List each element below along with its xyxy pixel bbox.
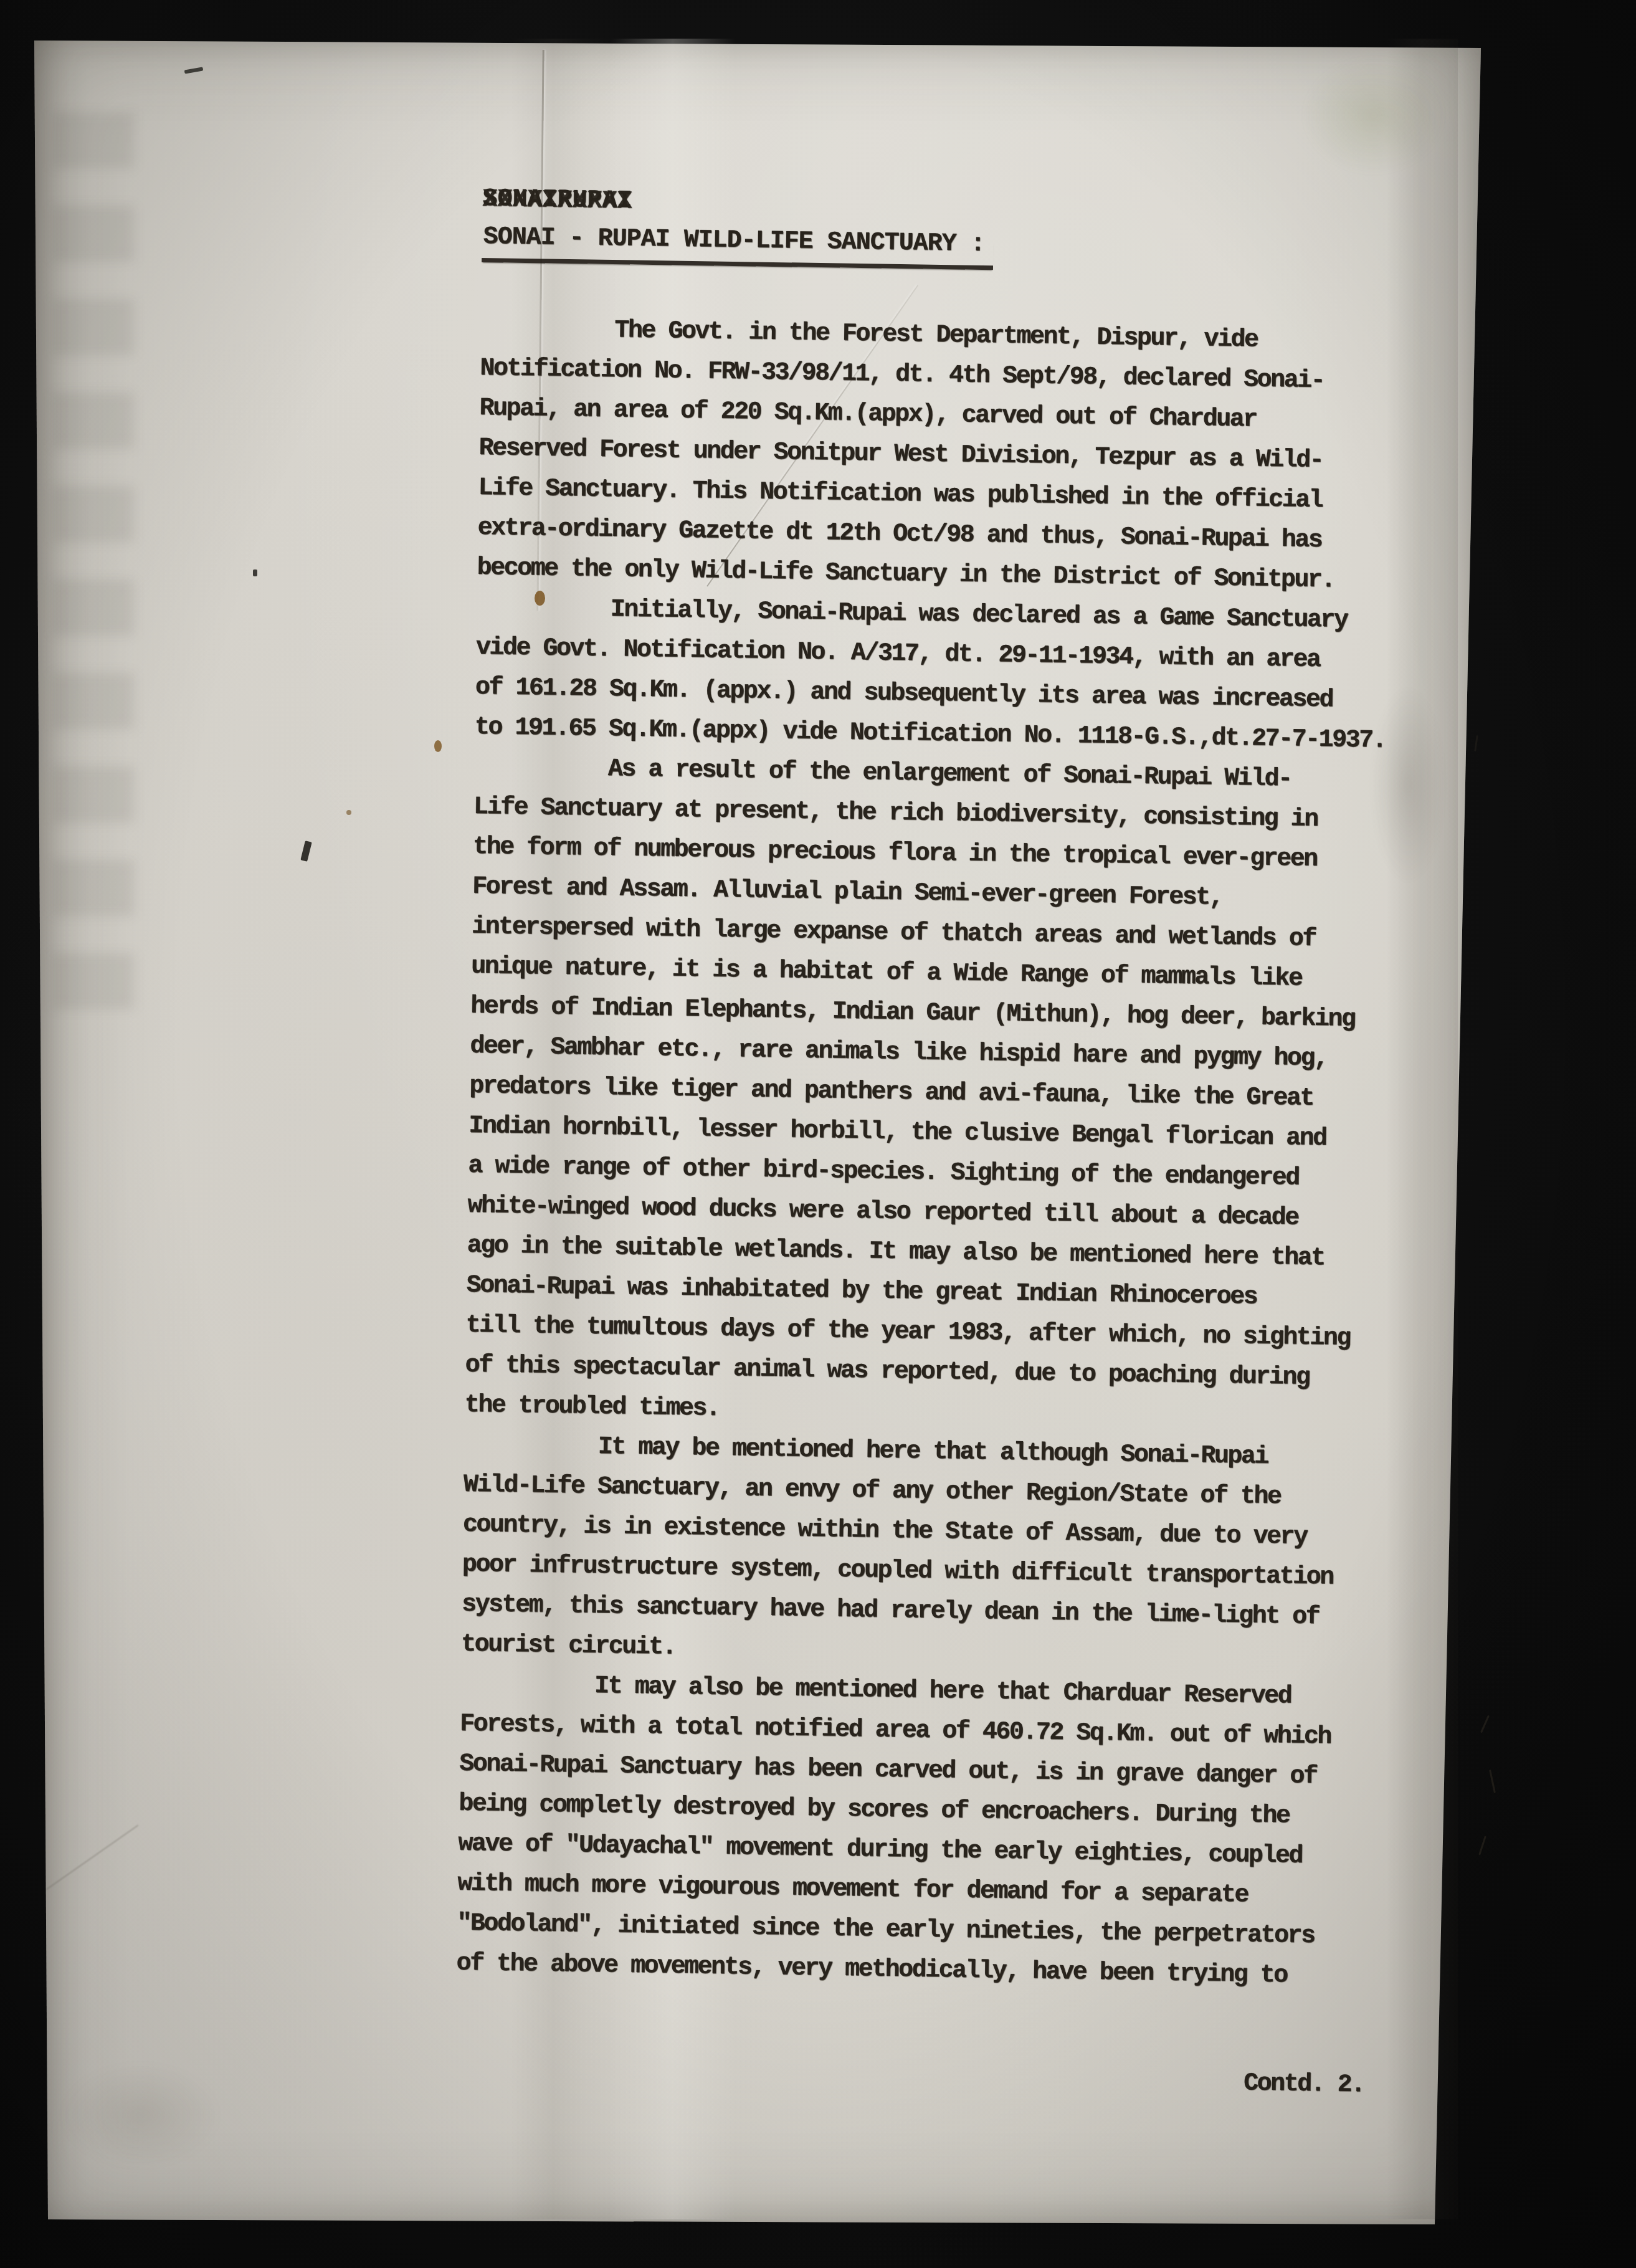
paragraph-1: The Govt. in the Forest Department, Disp… [477,309,1415,602]
pen-scratch [1478,1836,1486,1855]
crossed-out-text: SONAIRUPAI XXXXXXXXXX [482,179,632,222]
strikeout-xs: XXXXXXXXXX [482,180,632,222]
scan-photo: { "page": { "background_color": "#0e0e0e… [0,0,1636,2268]
paragraph-2: Initially, Sonai-Rupai was declared as a… [474,588,1411,761]
paragraph-4: It may be mentioned here that although S… [461,1426,1399,1679]
title-row: SONAI - RUPAI WILD-LIFE SANCTUARY : [481,219,1417,307]
pen-scratch [1474,735,1478,751]
paragraph-3: As a result of the enlargement of Sonai-… [464,748,1409,1439]
typed-text-block: SONAIRUPAI XXXXXXXXXX SONAI - RUPAI WILD… [454,179,1417,2106]
document-body: The Govt. in the Forest Department, Disp… [456,309,1415,1998]
document-title: SONAI - RUPAI WILD-LIFE SANCTUARY : [482,219,994,270]
paragraph-5: It may also be mentioned here that Chard… [456,1665,1395,1998]
pen-scratch [1489,1770,1496,1793]
pen-scratch [1480,1715,1490,1733]
